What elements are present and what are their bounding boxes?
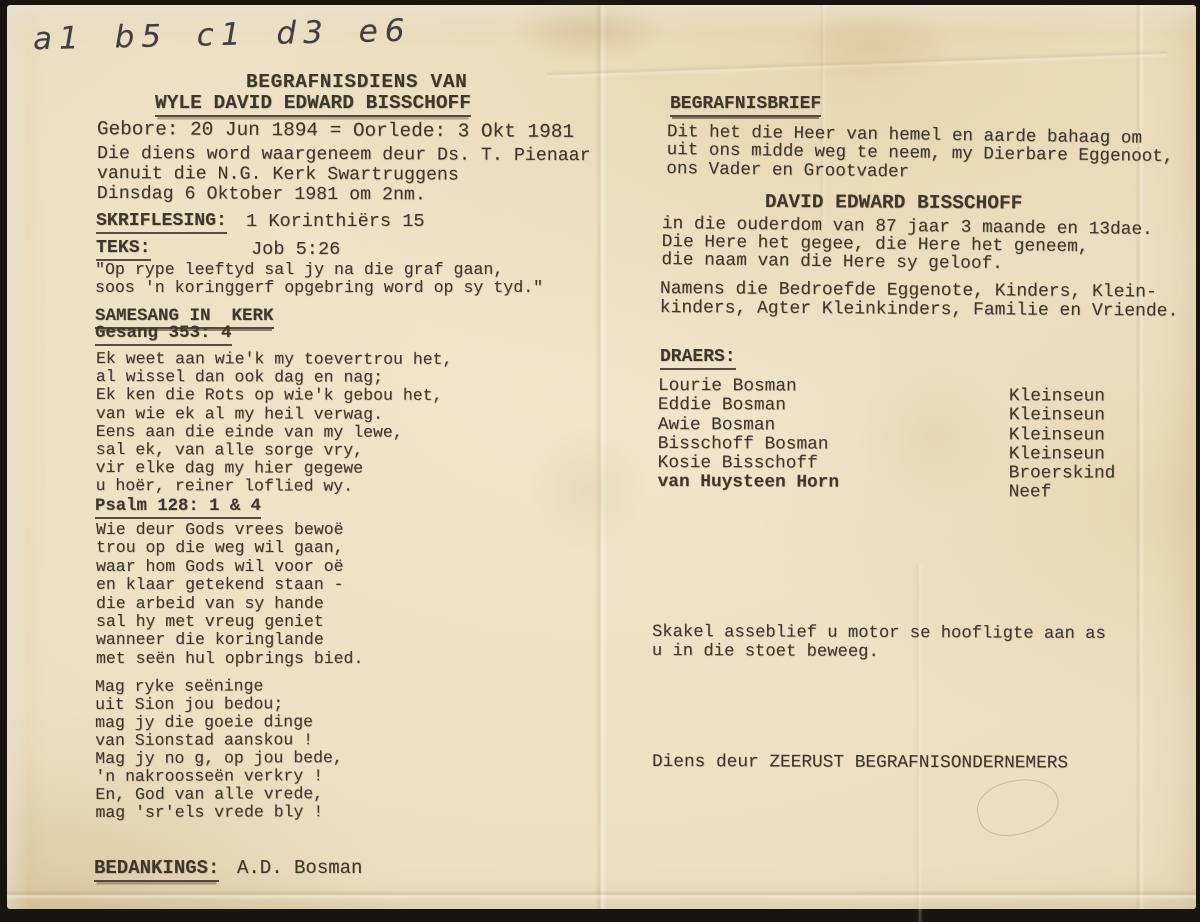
gesang-heading-text: Gesang 353: 4 xyxy=(95,323,232,346)
gesang-heading: Gesang 353: 4 xyxy=(95,323,232,343)
scripture-quote: "Op rype leeftyd sal jy na die graf gaan… xyxy=(95,261,543,298)
begrafnisbrief-heading: BEGRAFNISBRIEF xyxy=(670,94,821,114)
handwritten-annotation: a1 b5 c1 d3 e6 xyxy=(33,13,412,58)
psalm-heading: Psalm 128: 1 & 4 xyxy=(95,497,261,516)
teks-label: TEKS: xyxy=(96,238,151,261)
bedankings-value: A.D. Bosman xyxy=(237,857,362,879)
skriflesing-row: SKRIFLESING: 1 Korinthiërs 15 xyxy=(96,211,227,231)
brief-namens-text: Namens die Bedroefde Eggenote, Kinders, … xyxy=(660,280,1179,321)
gesang-verse: Ek weet aan wie'k my toevertrou het, al … xyxy=(96,350,453,497)
brief-age-text: in die ouderdom van 87 jaar 3 maande en … xyxy=(661,216,1152,275)
draer-name: van Huysteen Horn xyxy=(658,472,839,493)
draers-heading-text: DRAERS: xyxy=(660,347,736,370)
stain-top-right xyxy=(787,5,957,85)
draers-row: Bisschoff Bosman Kleinseun xyxy=(658,434,1178,455)
teks-row: TEKS: Job 5:26 xyxy=(96,238,151,258)
draers-row: Eddie Bosman Kleinseun xyxy=(658,395,1178,416)
draer-name: Lourie Bosman xyxy=(658,376,797,396)
brief-deceased-name: DAVID EDWARD BISSCHOFF xyxy=(765,191,1023,214)
paper-sheet: a1 b5 c1 d3 e6 BEGRAFNISDIENS VAN WYLE D… xyxy=(7,5,1196,909)
deceased-name-title-text: WYLE DAVID EDWARD BISSCHOFF xyxy=(155,92,471,117)
draer-name: Awie Bosman xyxy=(658,415,775,435)
fold-crease-center xyxy=(595,5,607,909)
headlights-notice: Skakel asseblief u motor se hoofligte aa… xyxy=(652,624,1106,663)
birth-death-dates: Gebore: 20 Jun 1894 = Oorlede: 3 Okt 198… xyxy=(97,118,574,143)
psalm-heading-text: Psalm 128: 1 & 4 xyxy=(95,497,261,519)
scanned-document: a1 b5 c1 d3 e6 BEGRAFNISDIENS VAN WYLE D… xyxy=(0,0,1200,922)
fold-crease-top-flap xyxy=(547,49,1167,80)
fold-crease-bottom xyxy=(7,890,1196,900)
draers-row: Awie Bosman Kleinseun xyxy=(658,415,1178,436)
brief-intro: Dit het die Heer van hemel en aarde baha… xyxy=(666,123,1174,185)
draer-name: Kosie Bisschoff xyxy=(658,453,818,474)
skriflesing-value: 1 Korinthiërs 15 xyxy=(246,211,425,232)
teks-value: Job 5:26 xyxy=(251,239,340,260)
bedankings-row: BEDANKINGS: A.D. Bosman xyxy=(94,857,219,879)
draers-row: Kosie Bisschoff Broerskind xyxy=(658,453,1178,474)
stain-left-column xyxy=(527,425,647,555)
draer-name: Bisschoff Bosman xyxy=(658,434,829,455)
service-details: Die diens word waargeneem deur Ds. T. Pi… xyxy=(97,144,591,207)
draers-heading: DRAERS: xyxy=(660,347,736,367)
skriflesing-label: SKRIFLESING: xyxy=(96,211,227,234)
service-title: BEGRAFNISDIENS VAN xyxy=(246,71,467,93)
fold-crease-lower xyxy=(915,565,923,922)
deceased-name-title: WYLE DAVID EDWARD BISSCHOFF xyxy=(155,92,471,114)
begrafnisbrief-heading-text: BEGRAFNISBRIEF xyxy=(670,94,821,117)
pencil-circle-mark xyxy=(972,771,1065,843)
stain-top-center xyxy=(507,0,667,65)
psalm-verse-2: Mag ryke seëninge uit Sion jou bedou; ma… xyxy=(95,677,343,822)
draers-row: van Huysteen Horn Neef xyxy=(658,472,1178,493)
draers-list: Lourie Bosman Kleinseun Eddie Bosman Kle… xyxy=(658,376,1178,494)
draer-name: Eddie Bosman xyxy=(658,395,786,415)
undertaker-line: Diens deur ZEERUST BEGRAFNISONDERNEMERS xyxy=(652,752,1068,773)
bedankings-label: BEDANKINGS: xyxy=(94,857,219,882)
psalm-verse-1: Wie deur Gods vrees bewoë trou op die we… xyxy=(96,521,363,668)
draer-relation: Neef xyxy=(1009,483,1052,503)
draers-row: Lourie Bosman Kleinseun xyxy=(658,376,1178,397)
